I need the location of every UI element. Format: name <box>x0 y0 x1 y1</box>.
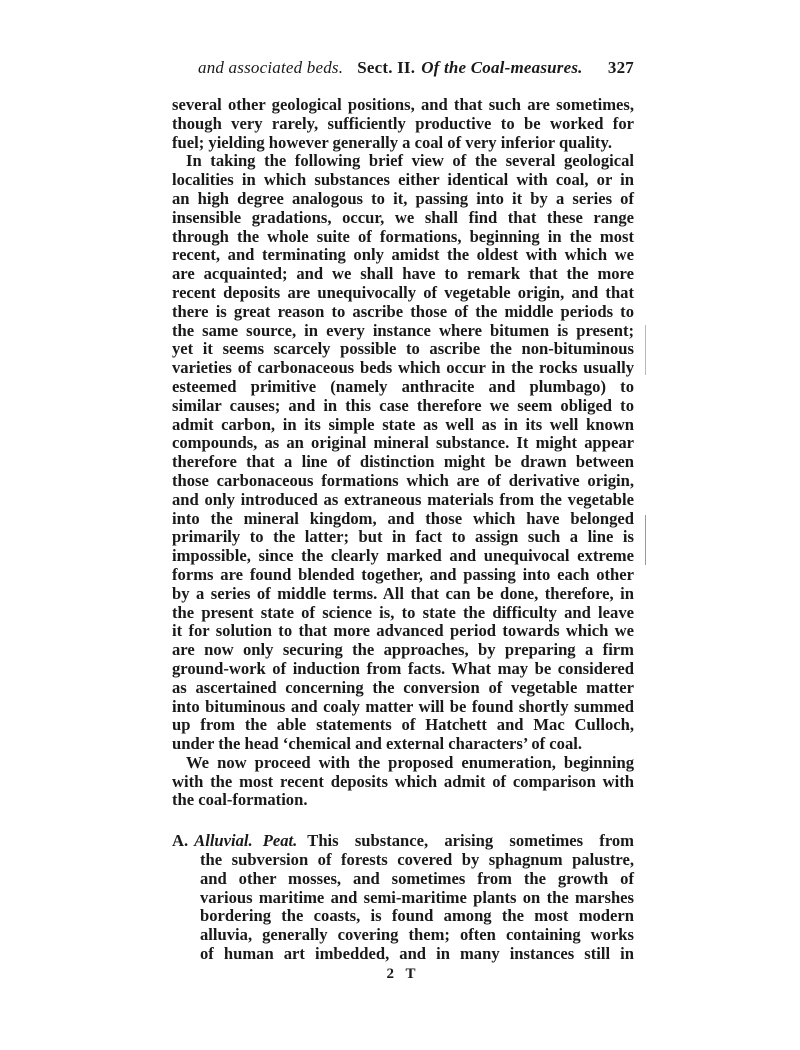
text-line: up from the able statements of Hatchett … <box>172 716 634 735</box>
text-line: under the head ‘chemical and external ch… <box>172 735 634 754</box>
section-gap <box>172 810 634 832</box>
text-line: primarily to the latter; but in fact to … <box>172 528 634 547</box>
text-line: through the whole suite of formations, b… <box>172 228 634 247</box>
running-head-section: Sect. II. <box>357 58 415 78</box>
text-line: those carbonaceous formations which are … <box>172 472 634 491</box>
text-line: the subversion of forests covered by sph… <box>172 851 634 870</box>
text-line: localities in which substances either id… <box>172 171 634 190</box>
text-line: similar causes; and in this case therefo… <box>172 397 634 416</box>
text-line: compounds, as an original mineral substa… <box>172 434 634 453</box>
text-line: of human art imbedded, and in many insta… <box>172 945 634 964</box>
text-line: admit carbon, in its simple state as wel… <box>172 416 634 435</box>
text-line: it for solution to that more advanced pe… <box>172 622 634 641</box>
margin-scan-mark <box>645 325 646 375</box>
entry-label: A. <box>172 831 188 850</box>
text-line: there is great reason to ascribe those o… <box>172 303 634 322</box>
text-line: alluvia, generally covering them; often … <box>172 926 634 945</box>
text-line: In taking the following brief view of th… <box>172 152 634 171</box>
paragraph-enumeration: We now proceed with the proposed enumera… <box>172 754 634 810</box>
text-line: several other geological positions, and … <box>172 96 634 115</box>
text-line: impossible, since the clearly marked and… <box>172 547 634 566</box>
entry-category: Alluvial. <box>194 831 253 850</box>
text-line: though very rarely, sufficiently product… <box>172 115 634 134</box>
text-line: recent deposits are unequivocally of veg… <box>172 284 634 303</box>
text-line: and only introduced as extraneous materi… <box>172 491 634 510</box>
text-line: the present state of science is, to stat… <box>172 604 634 623</box>
text-line: varieties of carbonaceous beds which occ… <box>172 359 634 378</box>
book-page: and associated beds. Sect. II. Of the Co… <box>172 58 634 983</box>
signature-mark: 2 T <box>172 966 634 983</box>
text-line: insensible gradations, occur, we shall f… <box>172 209 634 228</box>
text-line: ground-work of induction from facts. Wha… <box>172 660 634 679</box>
text-line: the coal-formation. <box>172 791 634 810</box>
page-body: several other geological positions, and … <box>172 96 634 983</box>
text-line: as ascertained concerning the conversion… <box>172 679 634 698</box>
entry-alluvial-peat: A.Alluvial.Peat.This substance, arising … <box>172 832 634 964</box>
text-line: various maritime and semi-maritime plant… <box>172 889 634 908</box>
text-line: are acquainted; and we shall have to rem… <box>172 265 634 284</box>
text-line: forms are found blended together, and pa… <box>172 566 634 585</box>
margin-scan-mark <box>645 515 646 565</box>
paragraph-geological-localities: In taking the following brief view of th… <box>172 152 634 754</box>
text-line: an high degree analogous to it, passing … <box>172 190 634 209</box>
entry-subject: Peat. <box>263 831 298 850</box>
running-head-left: and associated beds. <box>198 58 343 78</box>
running-head-title: Of the Coal-measures. <box>421 58 582 78</box>
text-line: bordering the coasts, is found among the… <box>172 907 634 926</box>
text-line: with the most recent deposits which admi… <box>172 773 634 792</box>
running-head: and associated beds. Sect. II. Of the Co… <box>198 58 634 82</box>
text-line: and other mosses, and sometimes from the… <box>172 870 634 889</box>
text-line: the same source, in every instance where… <box>172 322 634 341</box>
text-line: are now only securing the approaches, by… <box>172 641 634 660</box>
text-line: therefore that a line of distinction mig… <box>172 453 634 472</box>
text-line: yet it seems scarcely possible to ascrib… <box>172 340 634 359</box>
text-line: into bituminous and coaly matter will be… <box>172 698 634 717</box>
text-line: recent, and terminating only amidst the … <box>172 246 634 265</box>
text-line: by a series of middle terms. All that ca… <box>172 585 634 604</box>
text-line: We now proceed with the proposed enumera… <box>172 754 634 773</box>
paragraph-continuation: several other geological positions, and … <box>172 96 634 152</box>
page-number: 327 <box>608 58 634 78</box>
text-line: fuel; yielding however generally a coal … <box>172 134 634 153</box>
text-line: esteemed primitive (namely anthracite an… <box>172 378 634 397</box>
entry-first-line: A.Alluvial.Peat.This substance, arising … <box>172 832 634 851</box>
text-line: into the mineral kingdom, and those whic… <box>172 510 634 529</box>
entry-first-line-text: This substance, arising sometimes from <box>307 831 634 850</box>
